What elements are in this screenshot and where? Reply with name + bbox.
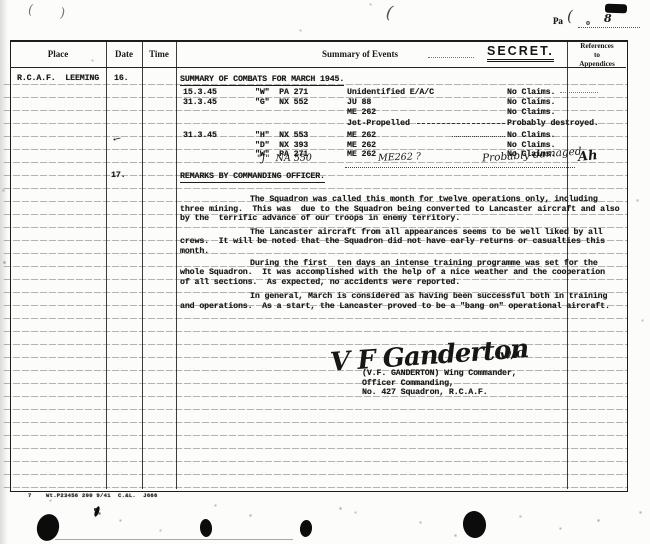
combat-aircraft: "W" PA 271 — [255, 88, 308, 97]
signature-typed-role: Officer Commanding, — [362, 379, 454, 388]
dash-leader — [417, 123, 505, 124]
stray-paren-mark: ) — [60, 6, 65, 21]
combat-date: 31.3.45 — [183, 98, 217, 107]
dot-leader — [345, 167, 575, 168]
scan-noise-speckles — [0, 0, 1, 1]
remarks-line: of all sections. As expected, no acciden… — [180, 278, 460, 287]
date-value-16: 16. — [114, 74, 129, 83]
printer-code: 7 Wt.P23456 200 9/41 C.&L. J666 — [28, 492, 158, 499]
combat-aircraft: "G" NX 552 — [255, 98, 308, 107]
remarks-line: and operations. As a start, the Lancaste… — [180, 302, 610, 311]
scanned-operations-record-page: ( ) ( Pa ( o 8 Place Date Time Summary o… — [0, 0, 650, 544]
dot-leader — [560, 92, 598, 93]
place-value: R.C.A.F. LEEMING — [17, 74, 99, 83]
secret-stamp: SECRET. — [487, 44, 554, 62]
remarks-line: During the first ten days an intense tra… — [250, 259, 598, 268]
combat-date: 31.3.45 — [183, 131, 217, 140]
handwritten-aircraft: "J" NA 550 — [257, 153, 312, 165]
combat-claim: No Claims. — [507, 88, 555, 97]
dot-leader — [452, 136, 505, 137]
signature-rank-script: w/c — [499, 346, 524, 363]
combat-aircraft: "D" NX 393 — [255, 141, 308, 150]
page-edge-line — [55, 539, 293, 540]
header-bottom-rule — [10, 67, 626, 68]
remarks-line: month. — [180, 247, 209, 256]
combat-aircraft: "H" NX 553 — [255, 131, 308, 140]
page-word: Pa — [553, 16, 563, 26]
punch-hole-ink-blob — [199, 519, 212, 538]
ink-mark — [93, 506, 101, 518]
signature-typed-unit: No. 427 Squadron, R.C.A.F. — [362, 388, 488, 397]
combat-enemy: ME 262 — [347, 131, 376, 140]
remarks-line: crews. It will be noted that the Squadro… — [180, 237, 605, 246]
remarks-heading: REMARKS BY COMMANDING OFFICER. — [180, 172, 325, 183]
punch-hole-ink-blob — [299, 519, 313, 537]
combat-enemy: ME 262 — [347, 150, 376, 159]
combat-enemy: ME 262 — [347, 108, 376, 117]
combat-enemy: ME 262 — [347, 141, 376, 150]
references-header-line2: to — [594, 51, 600, 60]
remarks-line: The Squadron was called this month for t… — [250, 195, 598, 204]
summary-column-header: Summary of Events — [322, 49, 398, 59]
page-number-dotted-line — [578, 27, 640, 28]
page-paren-mark: ( — [567, 7, 573, 25]
combat-claim: No Claims. — [507, 108, 555, 117]
handwritten-page-number: 8 — [604, 12, 612, 25]
remarks-line: In general, March is considered as havin… — [250, 292, 607, 301]
combat-enemy: Unidentified E/A/C — [347, 88, 434, 97]
references-header-line3: Appendices — [579, 60, 615, 69]
combats-title: SUMMARY OF COMBATS FOR MARCH 1945. — [180, 75, 344, 86]
remarks-line: The Lancaster aircraft from all appearan… — [250, 228, 603, 237]
remarks-line: by the terrific advance of our troops in… — [180, 214, 460, 223]
ink-blob-top-right — [605, 4, 627, 14]
date-value-17: 17. — [111, 171, 126, 180]
handwritten-enemy: ME262 ? — [378, 151, 421, 163]
date-column-header: Date — [115, 49, 133, 59]
remarks-line: whole Squadron. It was accomplished with… — [180, 268, 605, 277]
combat-enemy: Jet-Propelled — [347, 119, 410, 128]
page-no-prefix: o — [586, 18, 590, 27]
combat-claim: No Claims. — [507, 98, 555, 107]
references-header-line1: References — [580, 42, 613, 51]
combat-enemy: JU 88 — [347, 98, 371, 107]
column-line-date-time — [142, 40, 143, 489]
combat-date: 15.3.45 — [183, 88, 217, 97]
stray-paren-mark: ( — [385, 3, 394, 24]
place-column-header: Place — [48, 49, 69, 59]
combat-claim: No Claims. — [507, 131, 555, 140]
remarks-line: three mining. This was due to the Squadr… — [180, 205, 619, 214]
header-dot-leader — [428, 57, 474, 58]
column-line-place-date — [106, 40, 107, 489]
time-column-header: Time — [149, 49, 169, 59]
stray-paren-mark: ( — [28, 3, 33, 18]
punch-hole-ink-blob — [461, 510, 488, 540]
column-line-time-summary — [176, 40, 177, 489]
handwritten-initials: Ah — [577, 148, 598, 165]
combat-claim: Probably destroyed. — [507, 119, 599, 128]
